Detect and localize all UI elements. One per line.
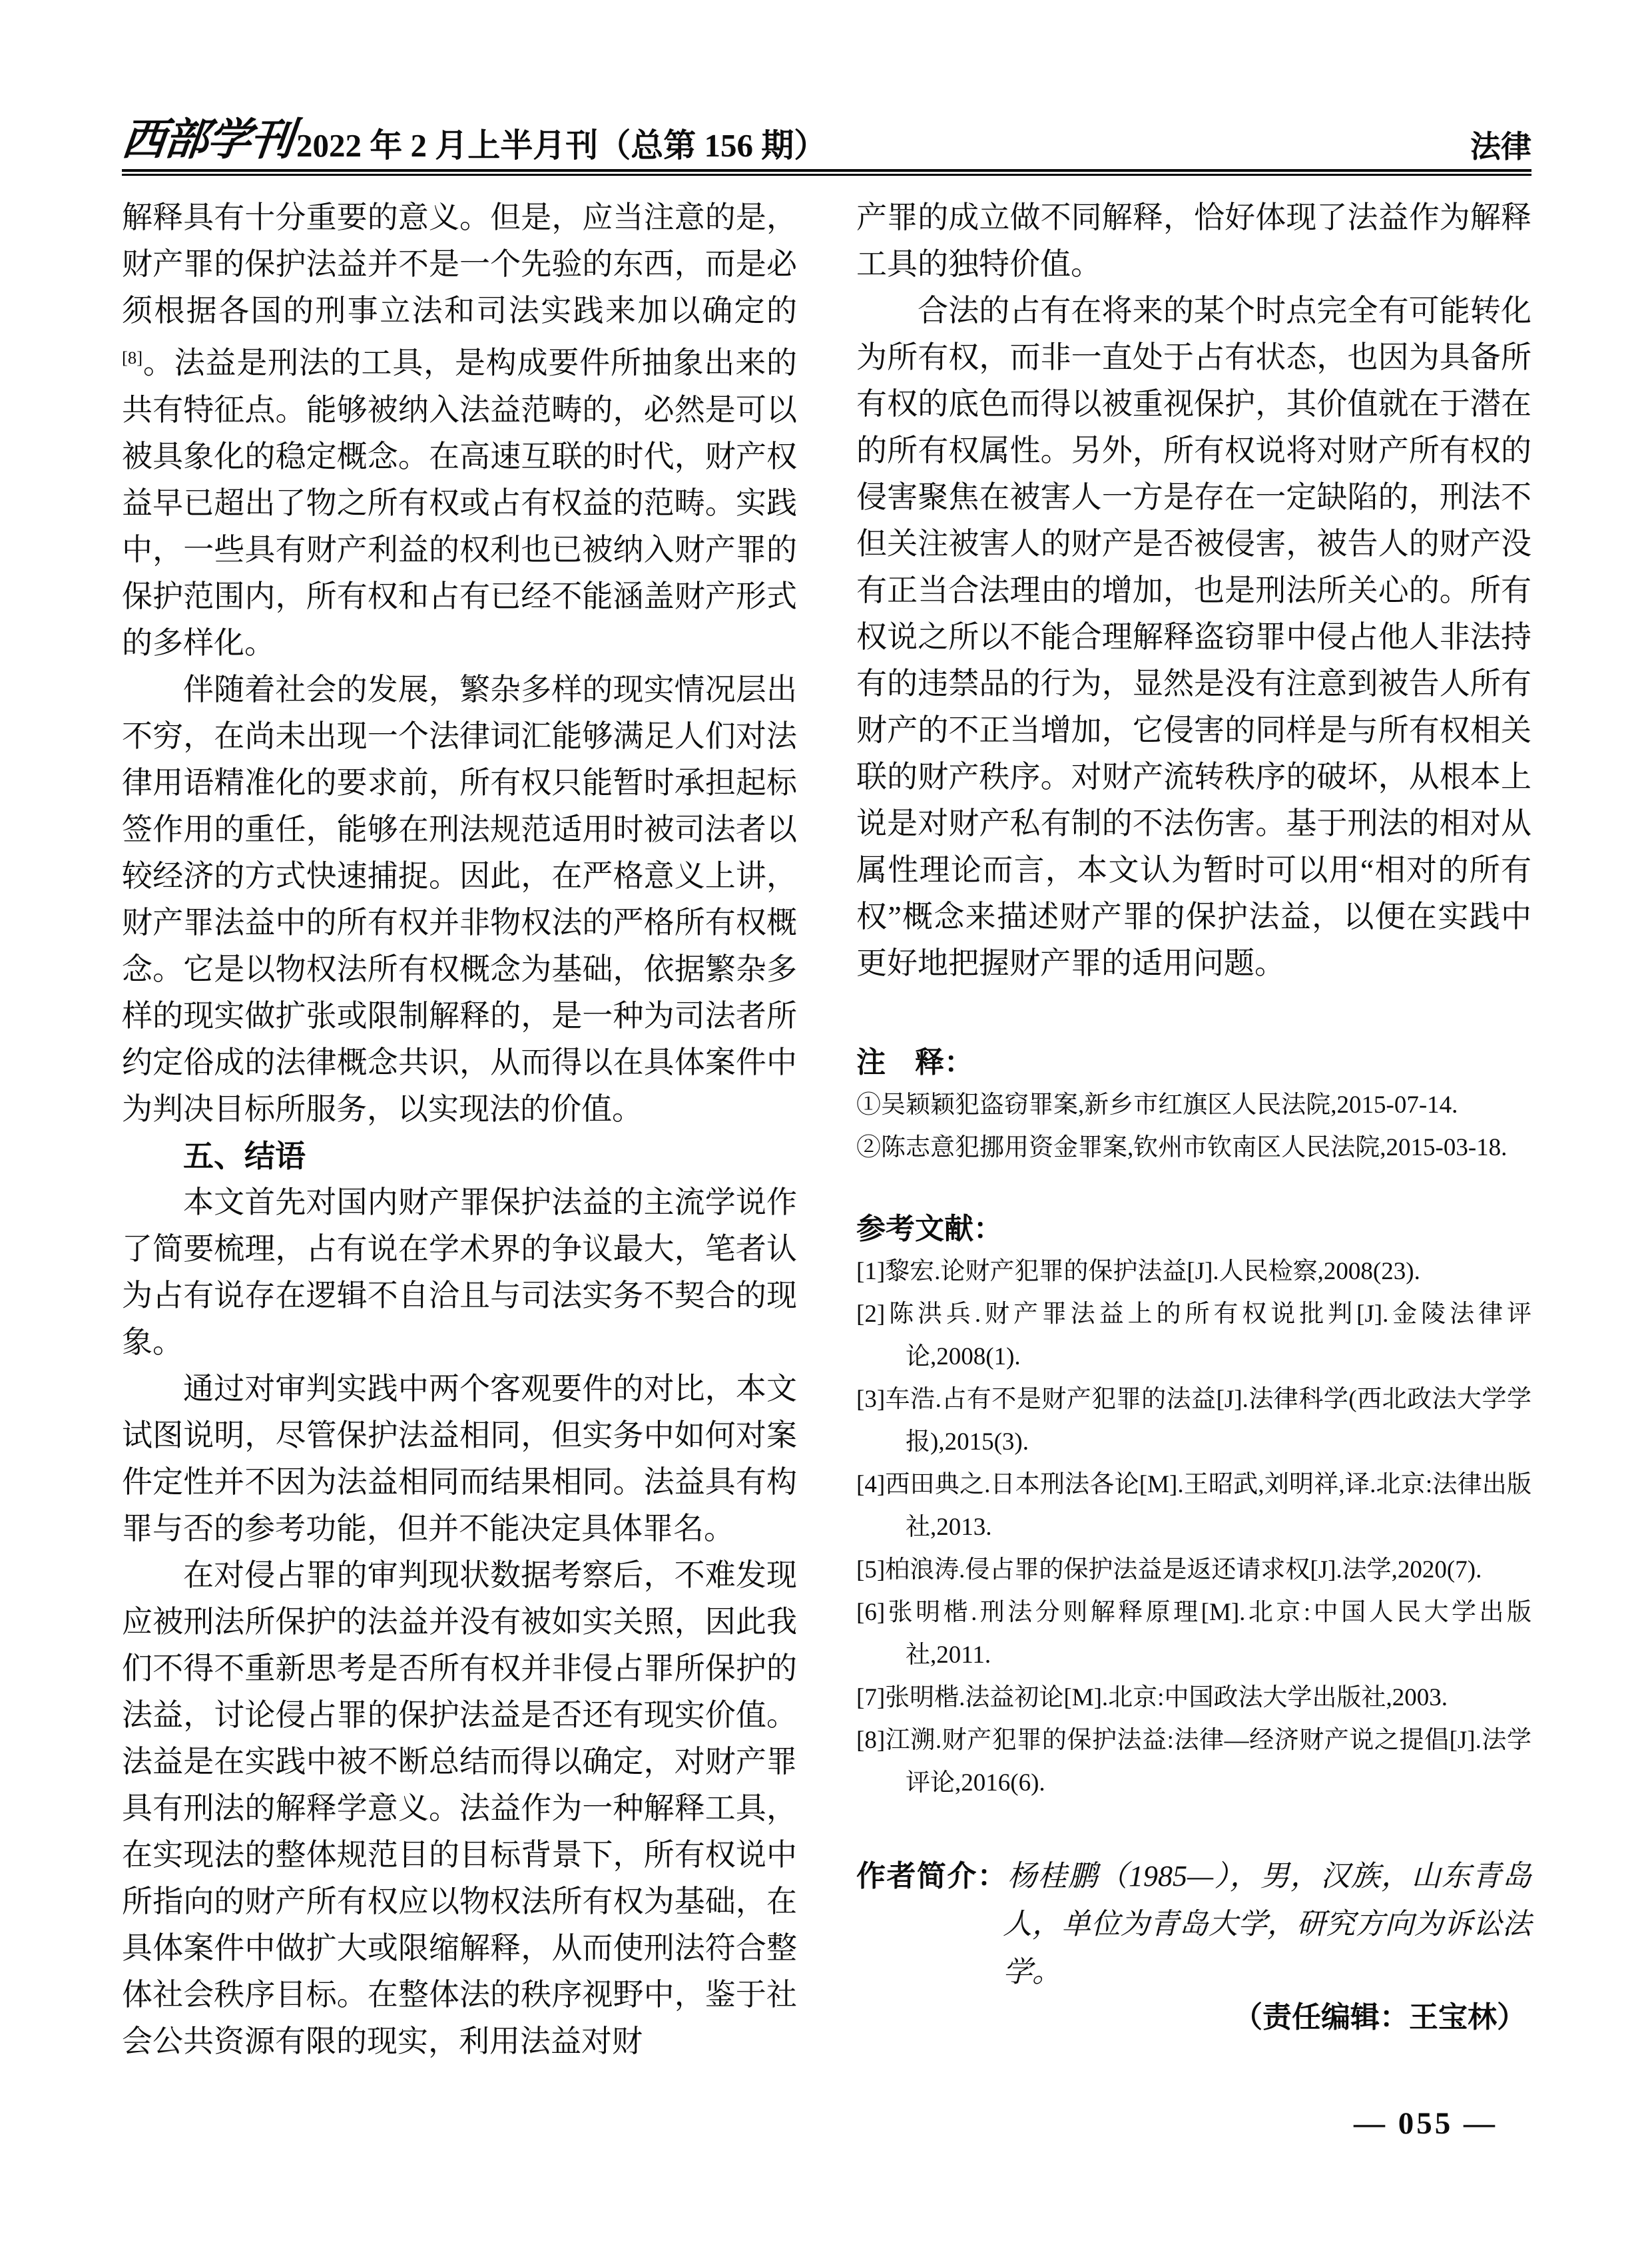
paragraph: 产罪的成立做不同解释，恰好体现了法益作为解释工具的独特价值。 — [856, 194, 1531, 288]
reference-item: [7]张明楷.法益初论[M].北京:中国政法大学出版社,2003. — [856, 1677, 1531, 1719]
note-item: ①吴颖颖犯盗窃罪案,新乡市红旗区人民法院,2015-07-14. — [856, 1084, 1531, 1127]
references-section: 参考文献： [1]黎宏.论财产犯罪的保护法益[J].人民检察,2008(23).… — [856, 1208, 1531, 1805]
paragraph: 伴随着社会的发展，繁杂多样的现实情况层出不穷，在尚未出现一个法律词汇能够满足人们… — [122, 667, 797, 1133]
notes-heading: 注 释： — [856, 1041, 1531, 1084]
right-column: 产罪的成立做不同解释，恰好体现了法益作为解释工具的独特价值。 合法的占有在将来的… — [856, 194, 1531, 2065]
article-body: 解释具有十分重要的意义。但是，应当注意的是，财产罪的保护法益并不是一个先验的东西… — [122, 194, 1531, 2065]
reference-item: [4]西田典之.日本刑法各论[M].王昭武,刘明祥,译.北京:法律出版社,201… — [856, 1464, 1531, 1549]
page-number: — 055 — — [1354, 2105, 1498, 2141]
notes-section: 注 释： ①吴颖颖犯盗窃罪案,新乡市红旗区人民法院,2015-07-14. ②陈… — [856, 1041, 1531, 1169]
header-left: 西部学刊 2022 年 2 月上半月刊（总第 156 期） — [122, 119, 826, 162]
author-bio: 作者简介：杨桂鹏（1985—），男，汉族，山东青岛人，单位为青岛大学，研究方向为… — [856, 1852, 1531, 1996]
conclusion-heading: 五、结语 — [122, 1133, 797, 1179]
header-divider — [122, 169, 1531, 176]
reference-item: [5]柏浪涛.侵占罪的保护法益是返还请求权[J].法学,2020(7). — [856, 1549, 1531, 1591]
author-label: 作者简介： — [856, 1860, 1007, 1892]
references-heading: 参考文献： — [856, 1208, 1531, 1251]
reference-item: [3]车浩.占有不是财产犯罪的法益[J].法律科学(西北政法大学学报),2015… — [856, 1378, 1531, 1464]
paragraph-text: 解释具有十分重要的意义。但是，应当注意的是，财产罪的保护法益并不是一个先验的东西… — [122, 200, 797, 328]
paragraph: 通过对审判实践中两个客观要件的对比，本文试图说明，尽管保护法益相同，但实务中如何… — [122, 1366, 797, 1552]
footnote-ref-8: [8] — [122, 348, 142, 368]
journal-logo: 西部学刊 — [120, 119, 299, 162]
journal-page: 西部学刊 2022 年 2 月上半月刊（总第 156 期） 法律 解释具有十分重… — [0, 0, 1652, 2242]
page-header: 西部学刊 2022 年 2 月上半月刊（总第 156 期） 法律 — [122, 99, 1531, 162]
paragraph: 解释具有十分重要的意义。但是，应当注意的是，财产罪的保护法益并不是一个先验的东西… — [122, 194, 797, 667]
reference-item: [2]陈洪兵.财产罪法益上的所有权说批判[J].金陵法律评论,2008(1). — [856, 1293, 1531, 1378]
paragraph: 在对侵占罪的审判现状数据考察后，不难发现应被刑法所保护的法益并没有被如实关照，因… — [122, 1552, 797, 2065]
reference-item: [6]张明楷.刑法分则解释原理[M].北京:中国人民大学出版社,2011. — [856, 1591, 1531, 1677]
left-column: 解释具有十分重要的意义。但是，应当注意的是，财产罪的保护法益并不是一个先验的东西… — [122, 194, 797, 2065]
author-section: 作者简介：杨桂鹏（1985—），男，汉族，山东青岛人，单位为青岛大学，研究方向为… — [856, 1852, 1531, 2039]
author-text: 杨桂鹏（1985—），男，汉族，山东青岛人，单位为青岛大学，研究方向为诉讼法学。 — [1003, 1860, 1531, 1988]
section-label: 法律 — [1470, 131, 1531, 162]
reference-item: [1]黎宏.论财产犯罪的保护法益[J].人民检察,2008(23). — [856, 1251, 1531, 1293]
paragraph: 合法的占有在将来的某个时点完全有可能转化为所有权，而非一直处于占有状态，也因为具… — [856, 288, 1531, 987]
editor-credit: （责任编辑：王宝林） — [856, 1996, 1531, 2039]
paragraph: 本文首先对国内财产罪保护法益的主流学说作了简要梳理，占有说在学术界的争议最大，笔… — [122, 1179, 797, 1366]
paragraph-text: 。法益是刑法的工具，是构成要件所抽象出来的共有特征点。能够被纳入法益范畴的，必然… — [122, 346, 797, 660]
note-item: ②陈志意犯挪用资金罪案,钦州市钦南区人民法院,2015-03-18. — [856, 1127, 1531, 1169]
issue-info: 2022 年 2 月上半月刊（总第 156 期） — [296, 129, 826, 162]
reference-item: [8]江溯.财产犯罪的保护法益:法律—经济财产说之提倡[J].法学评论,2016… — [856, 1719, 1531, 1805]
